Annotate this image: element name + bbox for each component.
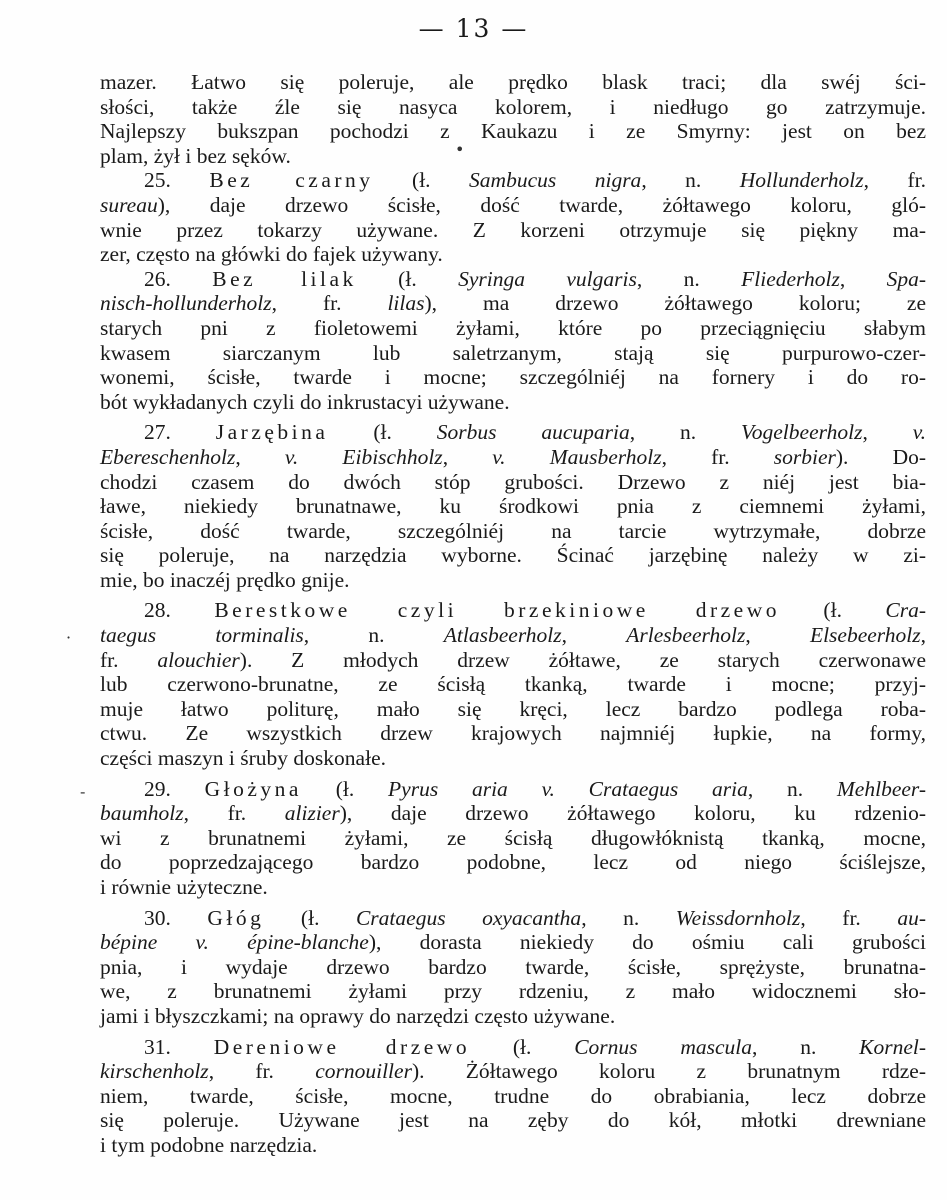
text-line: sureau), daje drzewo ścisłe, dość twarde… (100, 193, 926, 218)
text-line: chodzi czasem do dwóch stóp grubości. Dr… (100, 470, 926, 495)
entry-name: Bez lilak (212, 267, 357, 291)
text: (ł. (470, 1035, 574, 1059)
text: , (562, 623, 627, 647)
text-line: taegus torminalis, n. Atlasbeerholz, Arl… (100, 623, 926, 648)
german-name-alt: v. Mausberholz (492, 445, 661, 469)
text: , n. (641, 168, 739, 192)
text-line: do poprzedzającego bardzo podobne, lecz … (100, 850, 926, 875)
entry-31: 31. Dereniowe drzewo (ł. Cornus mascula,… (100, 1035, 926, 1158)
latin-name: Sorbus aucuparia (437, 420, 630, 444)
german-name: Hollunderholz (740, 168, 864, 192)
text: , (235, 445, 285, 469)
latin-name: Cornus mascula (574, 1035, 752, 1059)
entry-number: 30. (144, 906, 171, 930)
text: ), daje drzewo żółtawego koloru, ku rdze… (340, 801, 926, 825)
text: (ł. (780, 598, 885, 622)
text-line: mie, bo inaczéj prędko gnije. (100, 568, 926, 593)
french-name: alizier (285, 801, 340, 825)
entry-28: 28. Berestkowe czyli brzekiniowe drzewo … (100, 598, 926, 770)
entry-name: Głóg (207, 906, 264, 930)
german-name: Vogelbeerholz (741, 420, 862, 444)
entry-30: 30. Głóg (ł. Crataegus oxyacantha, n. We… (100, 906, 926, 1029)
text-line: i równie użyteczne. (100, 875, 926, 900)
text: (ł. (374, 168, 469, 192)
german-name: Weissdornholz (676, 906, 801, 930)
text: , fr. (209, 1059, 316, 1083)
german-name-alt: Elsebeerholz (810, 623, 921, 647)
entry-name: Berestkowe czyli brzekiniowe drzewo (214, 598, 780, 622)
text: ). Żółtawego koloru z brunatnym rdze- (412, 1059, 926, 1083)
entry-25: 25. Bez czarny (ł. Sambucus nigra, n. Ho… (100, 168, 926, 266)
text: , fr. (662, 445, 774, 469)
text-line: ławe, niekiedy brunatnawe, ku środkowi p… (100, 494, 926, 519)
text: , n. (752, 1035, 859, 1059)
entry-26: 26. Bez lilak (ł. Syringa vulgaris, n. F… (100, 267, 926, 415)
text: (ł. (328, 420, 436, 444)
entry-heading-line: 31. Dereniowe drzewo (ł. Cornus mascula,… (100, 1035, 926, 1060)
text-line: lub czerwono-brunatne, ze ścisłą tkanką,… (100, 672, 926, 697)
text-line: nisch-hollunderholz, fr. lilas), ma drze… (100, 291, 926, 316)
text-line: bót wykładanych czyli do inkrustacyi uży… (100, 390, 926, 415)
text: , fr. (272, 291, 388, 315)
entry-27: 27. Jarzębina (ł. Sorbus aucuparia, n. V… (100, 420, 926, 592)
latin-name: Crataegus oxyacantha (356, 906, 581, 930)
french-name: au- (897, 906, 926, 930)
french-name: lilas (387, 291, 424, 315)
entry-heading-line: 28. Berestkowe czyli brzekiniowe drzewo … (100, 598, 926, 623)
text-line: ścisłe, dość twarde, szczególniéj na tar… (100, 519, 926, 544)
text-line: Najlepszy bukszpan pochodzi z Kaukazu i … (100, 119, 926, 144)
german-name-alt: v. Eibischholz (285, 445, 443, 469)
entry-number: 25. (144, 168, 171, 192)
text-line: fr. alouchier). Z młodych drzew żółtawe,… (100, 648, 926, 673)
text-line: i tym podobne narzędzia. (100, 1133, 926, 1158)
entry-name: Głożyna (205, 777, 302, 801)
text: , n. (637, 267, 741, 291)
text: , (840, 267, 887, 291)
text-italic: v. (913, 420, 926, 444)
entry-heading-line: 30. Głóg (ł. Crataegus oxyacantha, n. We… (100, 906, 926, 931)
text-line: części maszyn i śruby doskonałe. (100, 746, 926, 771)
text: , fr. (800, 906, 897, 930)
text: , (745, 623, 810, 647)
continuation-paragraph: mazer. Łatwo się poleruje, ale prędko bl… (100, 70, 926, 168)
text-line: się poleruje, na narzędzia wyborne. Ścin… (100, 543, 926, 568)
entry-number: 31. (144, 1035, 171, 1059)
text: , n. (581, 906, 676, 930)
text: , n. (748, 777, 837, 801)
latin-name: taegus torminalis (100, 623, 304, 647)
text: ). Z młodych drzew żółtawe, ze starych c… (240, 648, 926, 672)
text-line: muje łatwo politurę, mało się kręci, lec… (100, 697, 926, 722)
text-line: ctwu. Ze wszystkich drzew krajowych najm… (100, 721, 926, 746)
text-line: się poleruje. Używane jest na zęby do kó… (100, 1108, 926, 1133)
german-name: Fliederholz (741, 267, 840, 291)
text: ), daje drzewo ścisłe, dość twarde, żółt… (158, 193, 926, 217)
text-line: wi z brunatnemi żyłami, ze ścisłą długow… (100, 826, 926, 851)
entry-29: 29. Głożyna (ł. Pyrus aria v. Crataegus … (100, 777, 926, 900)
text-line: wnie przez tokarzy używane. Z korzeni ot… (100, 218, 926, 243)
french-name: sureau (100, 193, 158, 217)
entry-number: 27. (144, 420, 171, 444)
scan-speck: • (455, 140, 464, 159)
text: , fr. (184, 801, 285, 825)
text-line: baumholz, fr. alizier), daje drzewo żółt… (100, 801, 926, 826)
text: , (921, 623, 926, 647)
text: , n. (304, 623, 444, 647)
latin-name: Pyrus aria v. Crataegus aria (388, 777, 748, 801)
text: , fr. (864, 168, 926, 192)
french-name: cornouiller (315, 1059, 412, 1083)
text-line: słości, także źle się nasyca kolorem, i … (100, 95, 926, 120)
latin-name: Cra- (885, 598, 926, 622)
german-name-alt: Arlesbeerholz (626, 623, 745, 647)
text-line: jami i błyszczkami; na oprawy do narzędz… (100, 1004, 926, 1029)
page-number: — 13 — (0, 14, 947, 43)
text-line: bépine v. épine-blanche), dorasta niekie… (100, 930, 926, 955)
french-name: bépine v. épine-blanche (100, 930, 369, 954)
text: (ł. (357, 267, 458, 291)
text-line: kirschenholz, fr. cornouiller). Żółtaweg… (100, 1059, 926, 1084)
text: , (862, 420, 912, 444)
text-line: zer, często na główki do fajek używany. (100, 242, 926, 267)
german-name: Atlasbeerholz (444, 623, 562, 647)
text-line: starych pni z fioletowemi żyłami, które … (100, 316, 926, 341)
text-line: pnia, i wydaje drzewo bardzo twarde, ści… (100, 955, 926, 980)
text: (ł. (302, 777, 388, 801)
scanned-book-page: — 13 — mazer. Łatwo się poleruje, ale pr… (0, 0, 947, 1200)
latin-name: Sambucus nigra (469, 168, 641, 192)
french-name: sorbier (774, 445, 836, 469)
german-name-alt: nisch-hollunderholz (100, 291, 272, 315)
entry-number: 29. (144, 777, 171, 801)
text-line: kwasem siarczanym lub saletrzanym, stają… (100, 341, 926, 366)
text-line: niem, twarde, ścisłe, mocne, trudne do o… (100, 1084, 926, 1109)
text-line: plam, żył i bez sęków. (100, 144, 926, 169)
entry-name: Dereniowe drzewo (214, 1035, 470, 1059)
german-name: kirschenholz (100, 1059, 209, 1083)
german-name: baumholz (100, 801, 184, 825)
text-line: mazer. Łatwo się poleruje, ale prędko bl… (100, 70, 926, 95)
german-name: Mehlbeer- (837, 777, 926, 801)
text: fr. (100, 648, 157, 672)
text: ), ma drzewo żółtawego koloru; ze (425, 291, 927, 315)
text-line: we, z brunatnemi żyłami przy rdzeniu, z … (100, 979, 926, 1004)
german-name-alt: Ebereschenholz (100, 445, 235, 469)
text-line: wonemi, ścisłe, twarde i mocne; szczegól… (100, 365, 926, 390)
entry-heading-line: 25. Bez czarny (ł. Sambucus nigra, n. Ho… (100, 168, 926, 193)
entry-name: Jarzębina (216, 420, 329, 444)
scan-speck: · (66, 628, 71, 647)
german-name: Kornel- (859, 1035, 926, 1059)
text: , n. (630, 420, 741, 444)
entry-name: Bez czarny (209, 168, 373, 192)
entry-heading-line: 27. Jarzębina (ł. Sorbus aucuparia, n. V… (100, 420, 926, 445)
german-name-alt: Spa- (887, 267, 926, 291)
latin-name: Syringa vulgaris (458, 267, 637, 291)
text: (ł. (264, 906, 356, 930)
text: , (443, 445, 493, 469)
entry-number: 28. (144, 598, 171, 622)
french-name: alouchier (157, 648, 239, 672)
entry-number: 26. (144, 267, 171, 291)
text-line: Ebereschenholz, v. Eibischholz, v. Mausb… (100, 445, 926, 470)
entry-heading-line: 29. Głożyna (ł. Pyrus aria v. Crataegus … (100, 777, 926, 802)
text: ), dorasta niekiedy do ośmiu cali gruboś… (369, 930, 926, 954)
page-body: mazer. Łatwo się poleruje, ale prędko bl… (100, 70, 926, 1158)
entry-heading-line: 26. Bez lilak (ł. Syringa vulgaris, n. F… (100, 267, 926, 292)
scan-speck: - (80, 782, 85, 801)
text: ). Do- (836, 445, 926, 469)
